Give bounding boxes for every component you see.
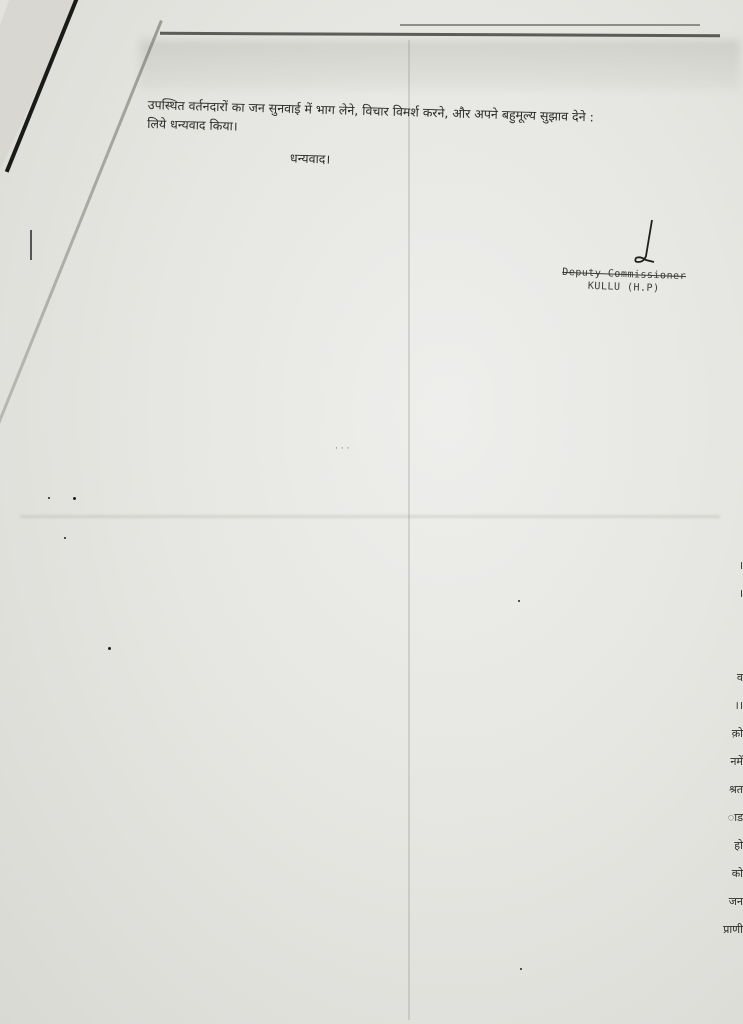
edge-fragment: प्राणी: [722, 916, 743, 944]
official-stamp: Deputy Commissioner KULLU (H.P): [562, 266, 687, 296]
header-rule: [160, 32, 720, 37]
horizontal-fold-line: [20, 515, 720, 518]
speck: [518, 600, 520, 602]
edge-fragment: क़ो: [722, 720, 743, 748]
diagonal-fold-mark: [0, 20, 163, 856]
document-page: उपस्थित वर्तनदारों का जन सुनवाई में भाग …: [0, 0, 743, 1024]
speck: [48, 497, 50, 499]
speck: [64, 537, 66, 539]
edge-fragment: ।।: [722, 692, 743, 720]
edge-fragment: ।: [722, 552, 743, 580]
speck: [108, 647, 111, 650]
edge-mark: [30, 230, 32, 260]
cut-off-text-column: । । व ।। क़ो नमें श्रत ाड हो को जन प्राण…: [722, 552, 743, 944]
signature-mark-icon: [630, 218, 660, 268]
toner-smudge: [140, 40, 740, 90]
vertical-fold-line: [408, 40, 410, 1020]
body-paragraph: उपस्थित वर्तनदारों का जन सुनवाई में भाग …: [147, 95, 743, 150]
edge-fragment: नमें: [722, 748, 743, 776]
edge-fragment: हो: [722, 832, 743, 860]
edge-fragment: ाड: [722, 804, 743, 832]
edge-fragment: जन: [722, 888, 743, 916]
header-rule-faint: [400, 24, 700, 26]
speck: [520, 968, 522, 970]
edge-fragment: ।: [722, 580, 743, 608]
edge-fragment: श्रत: [722, 776, 743, 804]
edge-fragment: व: [722, 664, 743, 692]
faint-marks: · · ·: [335, 444, 349, 454]
speck: [73, 497, 76, 500]
closing-thanks: धन्यवाद।: [290, 149, 331, 167]
edge-fragment: को: [722, 860, 743, 888]
